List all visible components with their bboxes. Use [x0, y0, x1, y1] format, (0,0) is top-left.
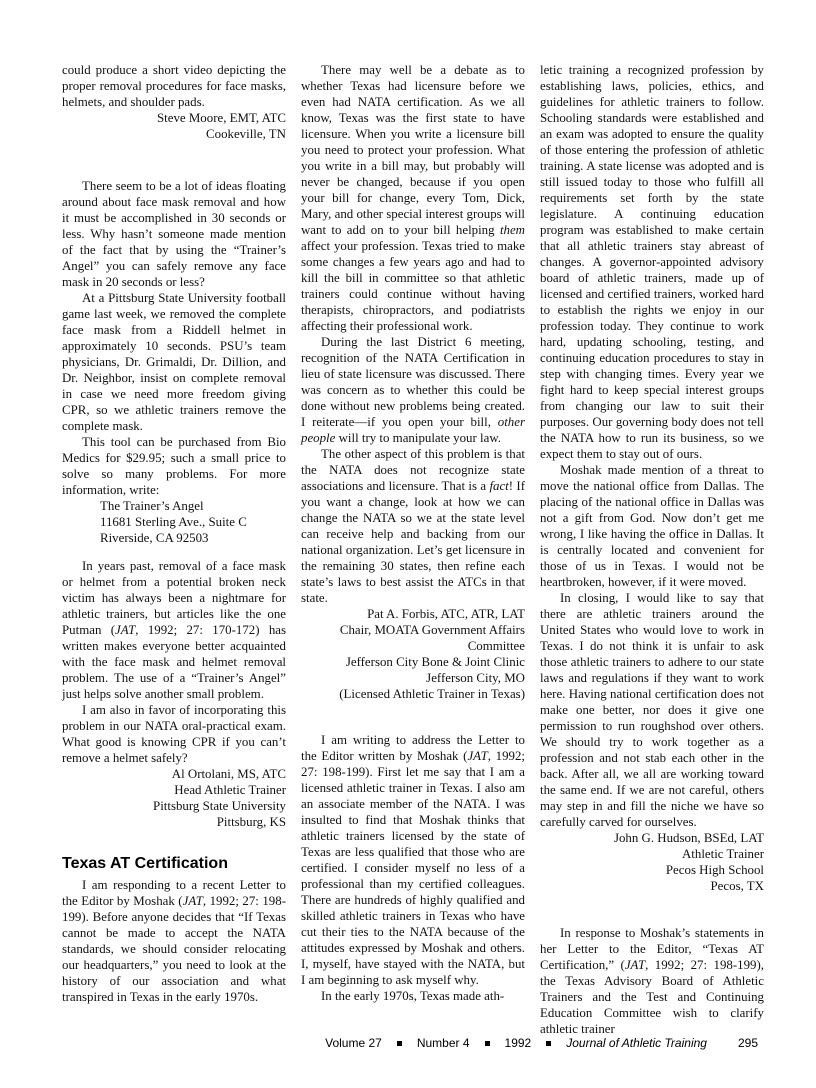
- text-paragraph: In years past, removal of a face mask or…: [62, 558, 286, 702]
- vertical-spacer: [62, 546, 286, 558]
- square-bullet-icon: [485, 1041, 490, 1046]
- body-text: There may well be a debate as to whether…: [301, 63, 525, 237]
- text-paragraph: There may well be a debate as to whether…: [301, 62, 525, 334]
- body-text: I am also in favor of incorporating this…: [62, 703, 286, 765]
- column-3: letic training a recognized profession b…: [540, 62, 764, 1037]
- signature-line: Pat A. Forbis, ATC, ATR, LAT: [301, 606, 525, 622]
- body-text: letic training a recognized profession b…: [540, 63, 764, 461]
- address-line: The Trainer’s Angel: [100, 498, 286, 514]
- italic-text: JAT: [115, 623, 135, 637]
- signature-line: Athletic Trainer: [540, 846, 764, 862]
- address-line: Riverside, CA 92503: [100, 530, 286, 546]
- text-paragraph: In the early 1970s, Texas made ath-: [301, 988, 525, 1004]
- address-line: 11681 Sterling Ave., Suite C: [100, 514, 286, 530]
- text-paragraph: I am writing to address the Letter to th…: [301, 732, 525, 988]
- italic-text: JAT: [467, 749, 487, 763]
- text-paragraph: The other aspect of this problem is that…: [301, 446, 525, 606]
- text-paragraph: At a Pittsburg State University football…: [62, 290, 286, 434]
- body-text: This tool can be purchased from Bio Medi…: [62, 435, 286, 497]
- signature-block: Steve Moore, EMT, ATCCookeville, TN: [62, 110, 286, 142]
- signature-line: Head Athletic Trainer: [62, 782, 286, 798]
- body-text: At a Pittsburg State University football…: [62, 291, 286, 433]
- signature-line: John G. Hudson, BSEd, LAT: [540, 830, 764, 846]
- signature-line: Steve Moore, EMT, ATC: [62, 110, 286, 126]
- footer-volume: Volume 27: [325, 1036, 382, 1050]
- vertical-spacer: [62, 830, 286, 854]
- text-columns: could produce a short video depicting th…: [62, 62, 764, 1037]
- text-paragraph: There seem to be a lot of ideas floating…: [62, 178, 286, 290]
- page-footer: Volume 27 Number 4 1992 Journal of Athle…: [62, 1036, 758, 1050]
- body-text: ! If you want a change, look at how we c…: [301, 479, 525, 605]
- footer-page-number: 295: [738, 1036, 758, 1050]
- text-paragraph: I am responding to a recent Letter to th…: [62, 877, 286, 1005]
- text-paragraph: I am also in favor of incorporating this…: [62, 702, 286, 766]
- text-paragraph: This tool can be purchased from Bio Medi…: [62, 434, 286, 498]
- footer-journal-title: Journal of Athletic Training: [566, 1036, 707, 1050]
- vertical-spacer: [62, 142, 286, 178]
- body-text: affect your profession. Texas tried to m…: [301, 239, 525, 333]
- column-2: There may well be a debate as to whether…: [301, 62, 525, 1037]
- footer-number: Number 4: [417, 1036, 470, 1050]
- italic-text: JAT: [183, 894, 203, 908]
- signature-line: Pittsburg, KS: [62, 814, 286, 830]
- vertical-spacer: [301, 702, 525, 732]
- address-block: The Trainer’s Angel11681 Sterling Ave., …: [62, 498, 286, 546]
- body-text: There seem to be a lot of ideas floating…: [62, 179, 286, 289]
- signature-block: Pat A. Forbis, ATC, ATR, LATChair, MOATA…: [301, 606, 525, 702]
- column-1: could produce a short video depicting th…: [62, 62, 286, 1037]
- signature-line: Al Ortolani, MS, ATC: [62, 766, 286, 782]
- signature-line: (Licensed Athletic Trainer in Texas): [301, 686, 525, 702]
- text-paragraph: could produce a short video depicting th…: [62, 62, 286, 110]
- signature-line: Pecos High School: [540, 862, 764, 878]
- italic-text: them: [500, 223, 525, 237]
- body-text: Moshak made mention of a threat to move …: [540, 463, 764, 589]
- italic-text: JAT: [625, 958, 645, 972]
- journal-page: could produce a short video depicting th…: [0, 0, 816, 1088]
- signature-line: Chair, MOATA Government Affairs Committe…: [301, 622, 525, 654]
- signature-line: Jefferson City, MO: [301, 670, 525, 686]
- text-paragraph: During the last District 6 meeting, reco…: [301, 334, 525, 446]
- text-paragraph: Moshak made mention of a threat to move …: [540, 462, 764, 590]
- signature-block: Al Ortolani, MS, ATCHead Athletic Traine…: [62, 766, 286, 830]
- signature-line: Jefferson City Bone & Joint Clinic: [301, 654, 525, 670]
- body-text: In the early 1970s, Texas made ath-: [321, 989, 504, 1003]
- text-paragraph: In closing, I would like to say that the…: [540, 590, 764, 830]
- body-text: , 1992; 27: 198-199). First let me say t…: [301, 749, 525, 987]
- section-heading: Texas AT Certification: [62, 854, 286, 873]
- text-paragraph: letic training a recognized profession b…: [540, 62, 764, 462]
- vertical-spacer: [540, 894, 764, 925]
- italic-text: fact: [489, 479, 508, 493]
- body-text: In closing, I would like to say that the…: [540, 591, 764, 829]
- signature-line: Pecos, TX: [540, 878, 764, 894]
- signature-block: John G. Hudson, BSEd, LATAthletic Traine…: [540, 830, 764, 894]
- square-bullet-icon: [397, 1041, 402, 1046]
- footer-year: 1992: [505, 1036, 532, 1050]
- body-text: During the last District 6 meeting, reco…: [301, 335, 525, 429]
- body-text: will try to manipulate your law.: [335, 431, 501, 445]
- signature-line: Cookeville, TN: [62, 126, 286, 142]
- text-paragraph: In response to Moshak’s statements in he…: [540, 925, 764, 1037]
- body-text: , 1992; 27: 198-199). Before anyone deci…: [62, 894, 286, 1004]
- body-text: could produce a short video depicting th…: [62, 63, 286, 109]
- square-bullet-icon: [546, 1041, 551, 1046]
- signature-line: Pittsburg State University: [62, 798, 286, 814]
